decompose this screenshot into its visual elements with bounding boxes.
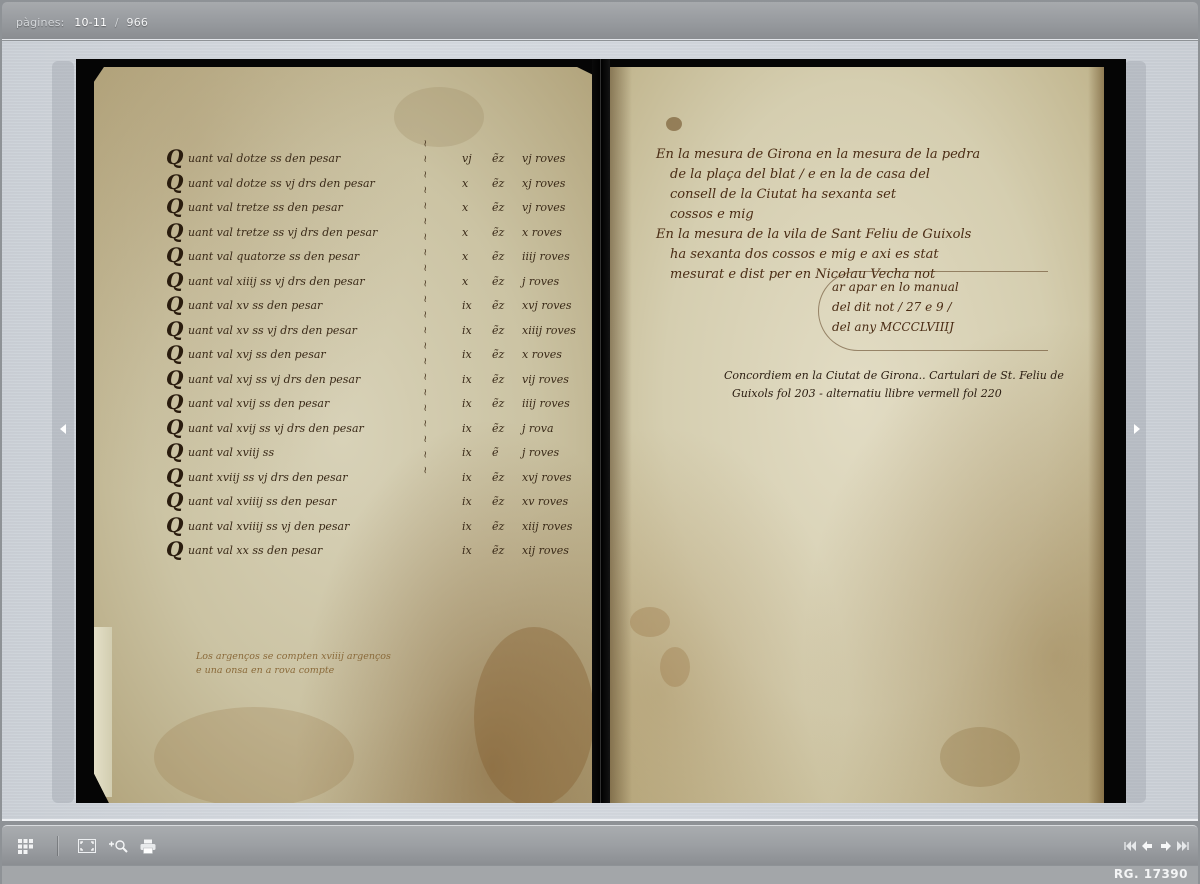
- initial: Q: [166, 317, 183, 341]
- paragraph-line: En la mesura de la vila de Sant Feliu de…: [656, 225, 980, 245]
- paragraph-line: de la plaça del blat / e en la de casa d…: [656, 165, 980, 185]
- initial: Q: [166, 341, 183, 365]
- ledger-col2: ẽz: [492, 466, 504, 490]
- ledger-col2: ẽz: [492, 245, 504, 269]
- ledger-row: Quant val xvj ss vj drs den pesarixẽzvij…: [172, 368, 582, 393]
- ledger-text: uant val xviiij ss den pesar: [188, 490, 336, 514]
- main-paragraph: En la mesura de Girona en la mesura de l…: [656, 145, 980, 285]
- ledger-col3: iiij roves: [522, 392, 570, 416]
- ledger-row: Quant val xv ss den pesarixẽzxvj roves: [172, 294, 582, 319]
- fullscreen-button[interactable]: [78, 838, 96, 854]
- last-page-button[interactable]: [1176, 838, 1189, 854]
- last-page-icon: [1176, 841, 1189, 851]
- ledger-col1: ix: [462, 294, 472, 318]
- gutter-shadow: [610, 67, 632, 803]
- paragraph-line: En la mesura de Girona en la mesura de l…: [656, 145, 980, 165]
- ledger-text: uant val xvj ss den pesar: [188, 343, 326, 367]
- ledger-text: uant val xv ss vj drs den pesar: [188, 319, 357, 343]
- right-page[interactable]: En la mesura de Girona en la mesura de l…: [610, 67, 1104, 803]
- ledger-col2: ẽ: [492, 441, 499, 465]
- ledger-col2: ẽz: [492, 221, 504, 245]
- ledger-col2: ẽz: [492, 196, 504, 220]
- zoom-in-icon: [108, 838, 128, 854]
- document-viewer: Quant val dotze ss den pesarvjẽzvj roves…: [2, 41, 1198, 821]
- ledger-col1: x: [462, 221, 468, 245]
- bracketed-note: ar apar en lo manual del dit not / 27 e …: [832, 277, 959, 337]
- paragraph-line: ha sexanta dos cossos e mig e axi es sta…: [656, 245, 980, 265]
- ledger-col2: ẽz: [492, 417, 504, 441]
- ledger-col3: x roves: [522, 343, 562, 367]
- ledger-col1: ix: [462, 466, 472, 490]
- initial: Q: [166, 243, 183, 267]
- zoom-in-button[interactable]: [108, 838, 128, 854]
- ledger-row: Quant val xv ss vj drs den pesarixẽzxiii…: [172, 319, 582, 344]
- ledger-col2: ẽz: [492, 294, 504, 318]
- margin-annotation: ~ ~ ~ ~ ~ ~ ~ ~ ~ ~ ~ ~ ~ ~ ~ ~ ~ ~ ~ ~ …: [418, 139, 430, 599]
- ledger-col1: ix: [462, 490, 472, 514]
- top-bar: pàgines: 10-11 / 966: [2, 2, 1198, 40]
- initial: Q: [166, 513, 183, 537]
- bracket-line: del dit not / 27 e 9 /: [832, 297, 959, 317]
- grid-icon: [18, 839, 33, 854]
- bracket-line: ar apar en lo manual: [832, 277, 959, 297]
- ledger-row: Quant val xviiij ss den pesarixẽzxv rove…: [172, 490, 582, 515]
- ledger-row: Quant val xviiij ss vj den pesarixẽzxiij…: [172, 515, 582, 540]
- ledger-row: Quant val quatorze ss den pesarxẽziiij r…: [172, 245, 582, 270]
- ledger-col3: xvj roves: [522, 294, 572, 318]
- ledger-text: uant val xvij ss den pesar: [188, 392, 329, 416]
- ledger-row: Quant val xviij ssixẽj roves: [172, 441, 582, 466]
- ledger-text: uant val xvj ss vj drs den pesar: [188, 368, 360, 392]
- ledger-col3: j roves: [522, 441, 559, 465]
- stain: [474, 627, 592, 803]
- bottom-toolbar: [2, 825, 1198, 865]
- ledger-col2: ẽz: [492, 319, 504, 343]
- ledger-row: Quant xviij ss vj drs den pesarixẽzxvj r…: [172, 466, 582, 491]
- initial: Q: [166, 488, 183, 512]
- ledger-col1: ix: [462, 441, 472, 465]
- ledger-col3: vj roves: [522, 196, 565, 220]
- ledger-col3: vij roves: [522, 368, 569, 392]
- page-edge: [1088, 67, 1104, 803]
- footnote: Los argenços se compten xviiij argenços …: [196, 650, 391, 678]
- note-line: Guixols fol 203 - alternatiu llibre verm…: [724, 385, 1064, 403]
- ledger-row: Quant val xx ss den pesarixẽzxij roves: [172, 539, 582, 564]
- ledger-text: uant val xv ss den pesar: [188, 294, 322, 318]
- stain: [666, 117, 682, 131]
- bracket-line: del any MCCCLVIIIJ: [832, 317, 959, 337]
- stain: [154, 707, 354, 803]
- ledger-text: uant val tretze ss vj drs den pesar: [188, 221, 377, 245]
- current-pages: 10-11: [74, 16, 107, 29]
- ledger-col1: ix: [462, 515, 472, 539]
- initial: Q: [166, 219, 183, 243]
- next-spread-button[interactable]: [1132, 421, 1142, 437]
- first-page-icon: [1124, 841, 1137, 851]
- ledger-col1: x: [462, 270, 468, 294]
- pages-separator: /: [115, 16, 119, 29]
- ledger-col1: ix: [462, 343, 472, 367]
- ledger-col2: ẽz: [492, 343, 504, 367]
- ledger-col2: ẽz: [492, 368, 504, 392]
- ledger-text: uant val dotze ss den pesar: [188, 147, 340, 171]
- initial: Q: [166, 415, 183, 439]
- ledger-col3: xiij roves: [522, 515, 572, 539]
- ledger-col2: ẽz: [492, 490, 504, 514]
- ledger-text: uant val tretze ss den pesar: [188, 196, 343, 220]
- prev-spread-button[interactable]: [58, 421, 68, 437]
- stain: [940, 727, 1020, 787]
- pages-label: pàgines:: [16, 16, 65, 29]
- book-spread[interactable]: Quant val dotze ss den pesarvjẽzvj roves…: [76, 59, 1126, 803]
- footnote-line: Los argenços se compten xviiij argenços: [196, 650, 391, 664]
- cross-reference-note: Concordiem en la Ciutat de Girona.. Cart…: [724, 367, 1064, 403]
- print-icon: [140, 839, 156, 854]
- initial: Q: [166, 170, 183, 194]
- ledger-text: uant val xviij ss: [188, 441, 274, 465]
- ledger-col1: ix: [462, 417, 472, 441]
- stain: [660, 647, 690, 687]
- ledger-col3: xv roves: [522, 490, 568, 514]
- prev-page-button[interactable]: [1142, 838, 1153, 854]
- ledger-col3: xvj roves: [522, 466, 572, 490]
- stain: [630, 607, 670, 637]
- ledger-col3: iiij roves: [522, 245, 570, 269]
- ledger-row: Quant val dotze ss den pesarvjẽzvj roves: [172, 147, 582, 172]
- stain: [394, 87, 484, 147]
- initial: Q: [166, 292, 183, 316]
- page-indicator: pàgines: 10-11 / 966: [16, 16, 148, 29]
- ledger-col3: j roves: [522, 270, 559, 294]
- initial: Q: [166, 537, 183, 561]
- ledger-table: Quant val dotze ss den pesarvjẽzvj roves…: [172, 147, 582, 564]
- print-button[interactable]: [140, 838, 156, 854]
- initial: Q: [166, 145, 183, 169]
- registry-reference: RG. 17390: [1114, 867, 1188, 881]
- ledger-col1: x: [462, 196, 468, 220]
- ledger-row: Quant val xvj ss den pesarixẽzx roves: [172, 343, 582, 368]
- initial: Q: [166, 268, 183, 292]
- ledger-col2: ẽz: [492, 539, 504, 563]
- ledger-col1: x: [462, 172, 468, 196]
- thumbnails-button[interactable]: [18, 838, 33, 854]
- ledger-col2: ẽz: [492, 270, 504, 294]
- next-page-button[interactable]: [1160, 838, 1171, 854]
- ledger-text: uant val xviiij ss vj den pesar: [188, 515, 349, 539]
- ledger-row: Quant val xvij ss vj drs den pesarixẽzj …: [172, 417, 582, 442]
- ledger-col1: ix: [462, 319, 472, 343]
- initial: Q: [166, 439, 183, 463]
- initial: Q: [166, 194, 183, 218]
- initial: Q: [166, 464, 183, 488]
- ledger-col1: vj: [462, 147, 472, 171]
- ledger-text: uant val xx ss den pesar: [188, 539, 322, 563]
- ledger-col1: ix: [462, 539, 472, 563]
- next-page-icon: [1160, 841, 1171, 851]
- prev-page-icon: [1142, 841, 1153, 851]
- ledger-text: uant val xvij ss vj drs den pesar: [188, 417, 364, 441]
- toolbar-divider: [57, 836, 58, 856]
- footnote-line: e una onsa en a rova compte: [196, 664, 391, 678]
- ledger-col2: ẽz: [492, 392, 504, 416]
- ledger-col2: ẽz: [492, 147, 504, 171]
- chevron-right-icon: [1134, 424, 1140, 434]
- initial: Q: [166, 366, 183, 390]
- left-page[interactable]: Quant val dotze ss den pesarvjẽzvj roves…: [94, 67, 592, 803]
- note-line: Concordiem en la Ciutat de Girona.. Cart…: [724, 367, 1064, 385]
- ledger-text: uant val dotze ss vj drs den pesar: [188, 172, 375, 196]
- ledger-col3: xiiij roves: [522, 319, 576, 343]
- ledger-col1: x: [462, 245, 468, 269]
- ledger-col1: ix: [462, 368, 472, 392]
- ledger-col2: ẽz: [492, 515, 504, 539]
- first-page-button[interactable]: [1124, 838, 1137, 854]
- ledger-col3: j rova: [522, 417, 554, 441]
- page-edge: [94, 627, 112, 797]
- ledger-row: Quant val tretze ss den pesarxẽzvj roves: [172, 196, 582, 221]
- ledger-text: uant xviij ss vj drs den pesar: [188, 466, 348, 490]
- book-spine: [592, 59, 610, 803]
- chevron-left-icon: [60, 424, 66, 434]
- ledger-row: Quant val tretze ss vj drs den pesarxẽzx…: [172, 221, 582, 246]
- ledger-col3: xj roves: [522, 172, 565, 196]
- ledger-text: uant val quatorze ss den pesar: [188, 245, 359, 269]
- ledger-col3: xij roves: [522, 539, 569, 563]
- total-pages: 966: [127, 16, 149, 29]
- paragraph-line: cossos e mig: [656, 205, 980, 225]
- ledger-col2: ẽz: [492, 172, 504, 196]
- ledger-col3: vj roves: [522, 147, 565, 171]
- status-bar: RG. 17390: [2, 866, 1198, 884]
- ledger-col3: x roves: [522, 221, 562, 245]
- ledger-col1: ix: [462, 392, 472, 416]
- ledger-text: uant val xiiij ss vj drs den pesar: [188, 270, 365, 294]
- initial: Q: [166, 390, 183, 414]
- paragraph-line: consell de la Ciutat ha sexanta set: [656, 185, 980, 205]
- ledger-row: Quant val dotze ss vj drs den pesarxẽzxj…: [172, 172, 582, 197]
- fullscreen-icon: [78, 839, 96, 853]
- ledger-row: Quant val xiiij ss vj drs den pesarxẽzj …: [172, 270, 582, 295]
- ledger-row: Quant val xvij ss den pesarixẽziiij rove…: [172, 392, 582, 417]
